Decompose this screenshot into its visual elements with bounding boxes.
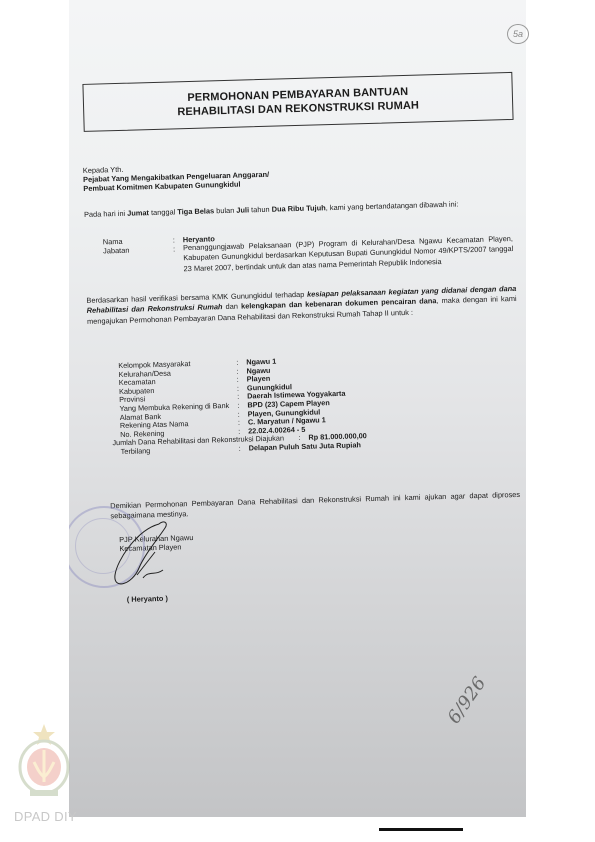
jabatan-label: Jabatan [103,246,130,257]
document-title-box: PERMOHONAN PEMBAYARAN BANTUAN REHABILITA… [82,72,513,132]
dpad-diy-emblem-icon [14,722,74,802]
signature-scribble [107,520,177,595]
jabatan-value: Penanggungjawab Pelaksanaan (PJP) Progra… [183,234,514,274]
detail-value: Delapan Puluh Satu Juta Rupiah [249,440,362,452]
corner-handwritten-mark: 5a [507,24,529,44]
opening-statement: Pada hari ini Jumat tanggal Tiga Belas b… [84,199,459,219]
detail-label: Terbilang [121,445,239,457]
details-list: Kelompok Masyarakat:Ngawu 1Kelurahan/Des… [69,0,519,6]
signer-name: ( Heryanto ) [127,594,168,605]
scanned-document-page: PERMOHONAN PEMBAYARAN BANTUAN REHABILITA… [69,0,526,817]
detail-colon: : [239,444,249,453]
scan-edge-bar [379,828,463,831]
jabatan-colon: : [173,244,175,254]
dpad-diy-watermark: DPAD DIY [14,809,77,824]
body-paragraph: Berdasarkan hasil verifikasi bersama KMK… [86,284,517,327]
closing-statement: Demikian Permohonan Pembayaran Dana Reha… [110,490,520,522]
